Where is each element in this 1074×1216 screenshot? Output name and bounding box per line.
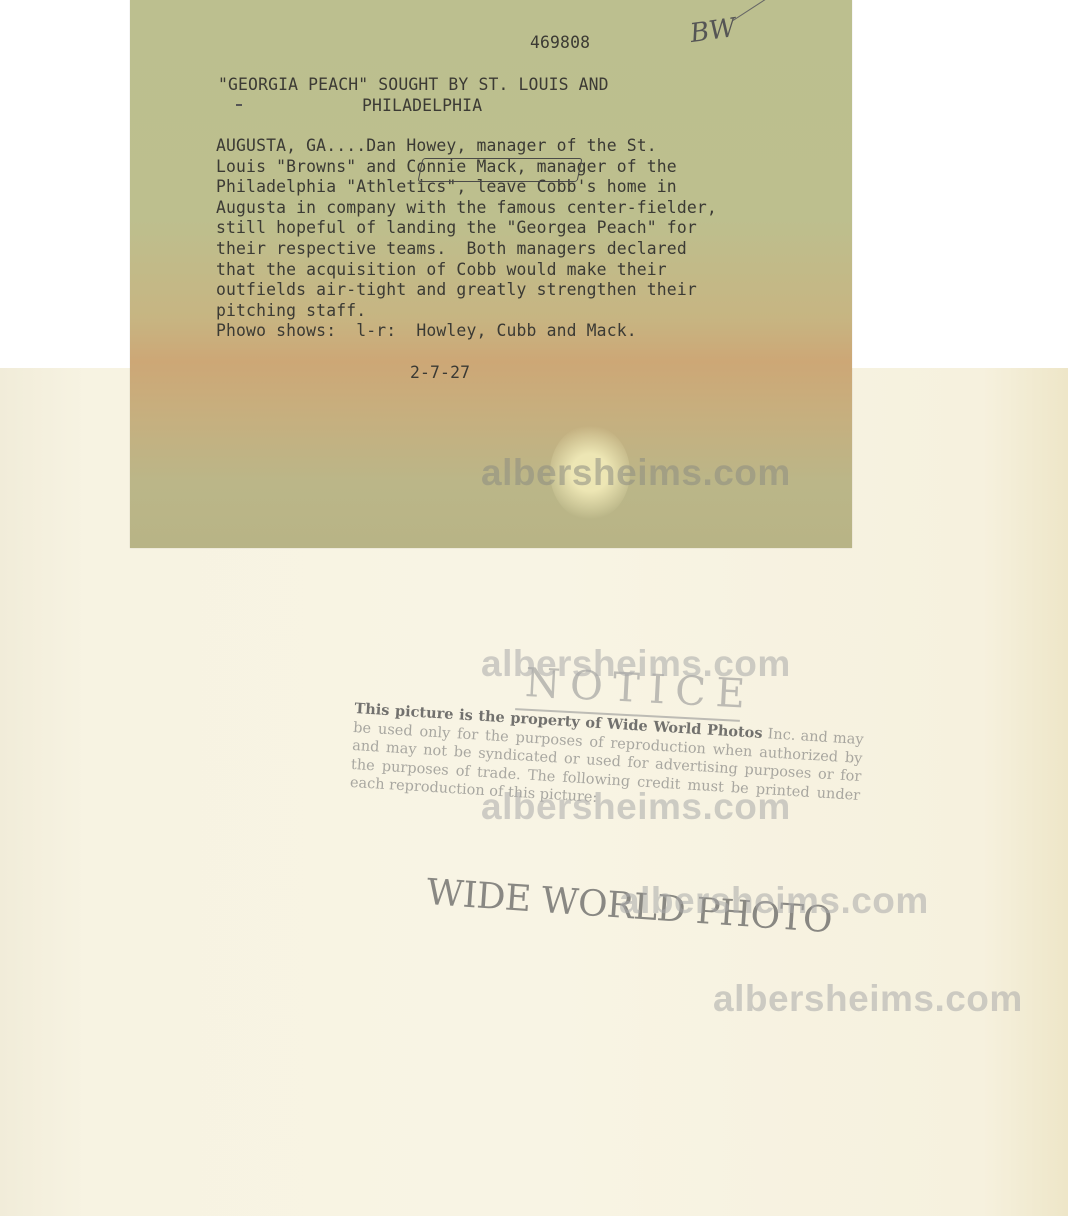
headline-line-1: "GEORGIA PEACH" SOUGHT BY ST. LOUIS AND (218, 75, 609, 96)
watermark: albersheims.com (481, 786, 791, 828)
headline-line-2: PHILADELPHIA (362, 96, 482, 117)
pen-box-annotation (417, 158, 582, 182)
watermark: albersheims.com (619, 880, 929, 922)
pen-tick-mark (236, 104, 242, 106)
caption-date: 2-7-27 (410, 363, 470, 384)
photo-number: 469808 (530, 33, 590, 54)
watermark: albersheims.com (481, 643, 791, 685)
watermark: albersheims.com (481, 452, 791, 494)
watermark: albersheims.com (713, 978, 1023, 1020)
handwritten-initials: BW (688, 13, 738, 49)
